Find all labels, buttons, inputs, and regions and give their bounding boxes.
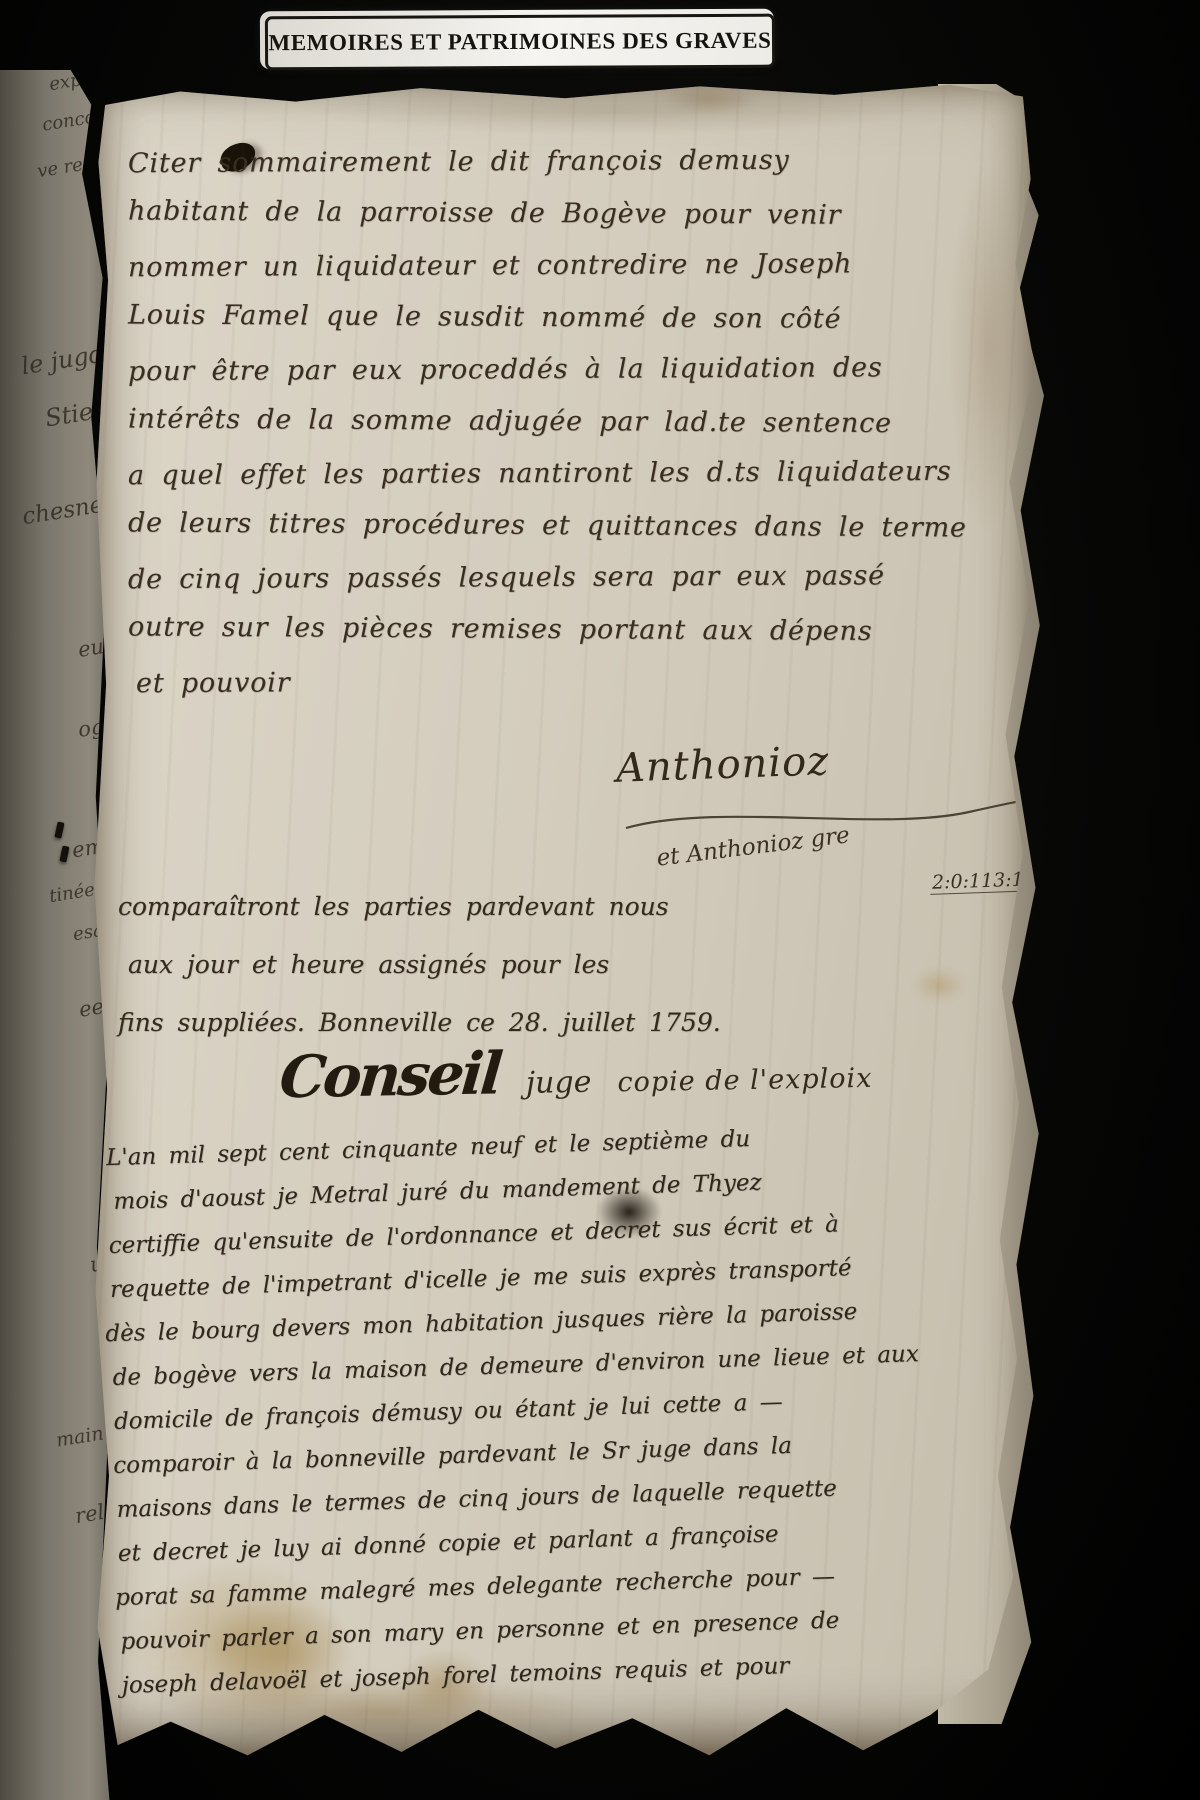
manuscript-line: de leurs titres procédures et quittances… bbox=[128, 497, 967, 554]
manuscript-line: aux jour et heure assignés pour les bbox=[128, 936, 721, 994]
manuscript-line: de cinq jours passés lesquels sera par e… bbox=[128, 550, 967, 606]
heading-role: juge bbox=[526, 1065, 592, 1101]
paragraph-summons: comparaîtront les parties pardevant nous… bbox=[118, 878, 721, 1052]
manuscript-line: pour être par eux proceddés à la liquida… bbox=[128, 342, 967, 398]
handwriting-fragment: le jugd bbox=[19, 340, 105, 381]
archive-banner: MEMOIRES ET PATRIMOINES DES GRAVES bbox=[260, 9, 774, 70]
archive-banner-title: MEMOIRES ET PATRIMOINES DES GRAVES bbox=[268, 28, 771, 57]
archive-banner-frame: MEMOIRES ET PATRIMOINES DES GRAVES bbox=[265, 14, 775, 71]
underpage-text-fragments: exploiconcorve reçule jugdStierchesneeuo… bbox=[0, 70, 114, 1800]
handwriting-fragment: main bbox=[55, 1422, 106, 1451]
paper-stain bbox=[904, 962, 974, 1008]
handwriting-fragment: ve reçu bbox=[35, 151, 105, 182]
handwriting-fragment: Stier bbox=[43, 396, 106, 433]
manuscript-line: Citer sommairement le dit françois demus… bbox=[128, 134, 967, 190]
manuscript-line: nommer un liquidateur et contredire ne J… bbox=[128, 238, 967, 294]
heading-signature: Conseil bbox=[277, 1039, 503, 1111]
handwriting-fragment: exploi bbox=[48, 66, 105, 95]
manuscript-line: outre sur les pièces remises portant aux… bbox=[128, 601, 967, 658]
manuscript-line: a quel effet les parties nantiront les d… bbox=[128, 446, 967, 502]
manuscript-line: et pouvoir bbox=[136, 654, 967, 710]
heading-label: copie de l'exploix bbox=[617, 1063, 873, 1098]
handwriting-fragment: ee bbox=[77, 994, 105, 1022]
handwriting-fragment: chesne bbox=[21, 492, 106, 530]
judge-signature: Anthonioz bbox=[615, 738, 830, 791]
manuscript-line: habitant de la parroisse de Bogève pour … bbox=[128, 185, 967, 242]
manuscript-line: Louis Famel que le susdit nommé de son c… bbox=[128, 289, 967, 346]
section-heading: Conseil juge copie de l'exploix bbox=[279, 1033, 872, 1111]
handwriting-fragment: concor bbox=[41, 105, 106, 135]
paragraph-exploit: L'an mil sept cent cinquante neuf et le … bbox=[106, 1112, 929, 1708]
handwriting-fragment: og bbox=[76, 714, 106, 742]
underlying-page-edge: exploiconcorve reçule jugdStierchesneeuo… bbox=[0, 70, 114, 1800]
handwriting-fragment: rel bbox=[73, 1500, 106, 1528]
manuscript-page: Citer sommairement le dit françois demus… bbox=[84, 78, 1046, 1762]
paper-stain bbox=[644, 78, 774, 120]
paragraph-citation: Citer sommairement le dit françois demus… bbox=[128, 136, 967, 708]
handwriting-fragment: eu bbox=[76, 634, 105, 662]
manuscript-line: comparaîtront les parties pardevant nous bbox=[118, 878, 721, 936]
manuscript-line: intérêts de la somme adjugée par lad.te … bbox=[128, 393, 967, 450]
photo-backdrop: MEMOIRES ET PATRIMOINES DES GRAVES explo… bbox=[0, 0, 1200, 1800]
